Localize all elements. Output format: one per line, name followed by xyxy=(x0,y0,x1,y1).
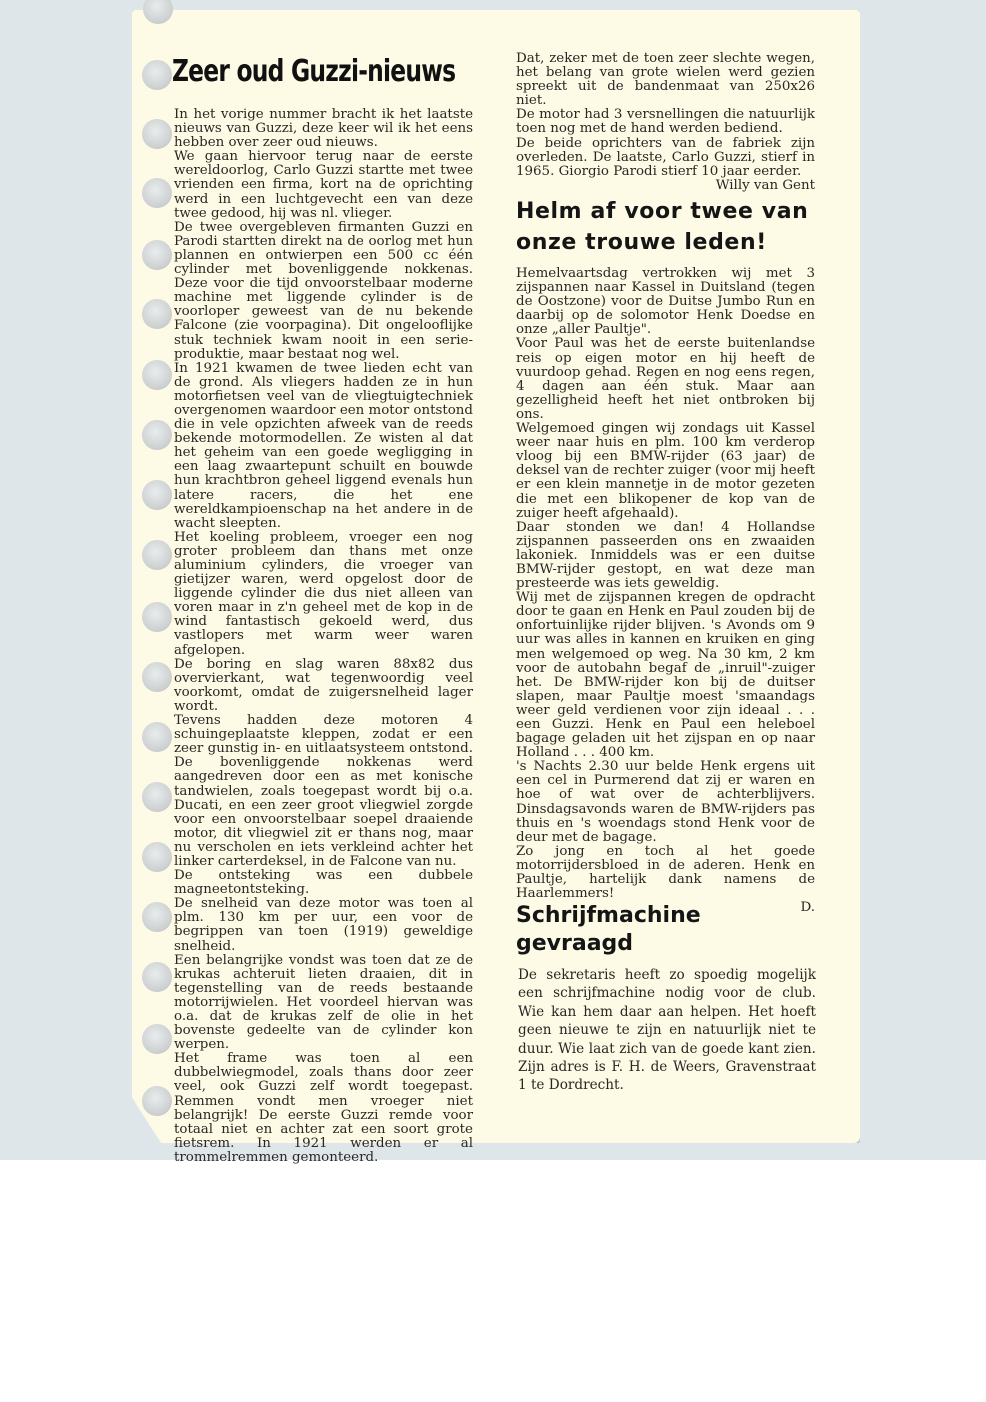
paragraph: De ontsteking was een dubbele magneetont… xyxy=(174,869,473,897)
paragraph: De beide oprichters van de fabriek zijn … xyxy=(516,137,815,179)
punch-hole-icon xyxy=(142,782,172,812)
punch-hole-icon xyxy=(142,119,172,149)
punch-hole-icon xyxy=(142,299,172,329)
punch-hole-icon xyxy=(142,842,172,872)
paragraph: In 1921 kwamen de twee lieden echt van d… xyxy=(174,362,473,531)
punch-hole-icon xyxy=(142,962,172,992)
punch-hole-icon xyxy=(142,420,172,450)
paragraph: Wij met de zijspannen kregen de opdracht… xyxy=(516,591,815,760)
article-title-helm: Helm af voor twee van onze trouwe leden! xyxy=(516,196,826,258)
paragraph: Tevens hadden deze motoren 4 schuingepla… xyxy=(174,714,473,869)
paragraph: We gaan hiervoor terug naar de eerste we… xyxy=(174,150,473,220)
paragraph: Zo jong en toch al het goede motorrijder… xyxy=(516,845,815,901)
article-body-schrijfmachine: De sekretaris heeft zo spoedig mogelijk … xyxy=(518,966,816,1095)
paragraph: Het frame was toen al een dubbelwiegmode… xyxy=(174,1052,473,1165)
punch-hole-icon xyxy=(142,60,172,90)
article-body-guzzi-continued: Dat, zeker met de toen zeer slechte wege… xyxy=(516,52,815,193)
paragraph: Welgemoed gingen wij zondags uit Kassel … xyxy=(516,422,815,521)
punch-hole-icon xyxy=(142,1086,172,1116)
paragraph: Een belangrijke vondst was toen dat ze d… xyxy=(174,954,473,1053)
punch-hole-icon xyxy=(142,1024,172,1054)
paragraph: 's Nachts 2.30 uur belde Henk ergens uit… xyxy=(516,760,815,845)
paragraph: Voor Paul was het de eerste buitenlandse… xyxy=(516,337,815,422)
paragraph: Het koeling probleem, vroeger een nog gr… xyxy=(174,531,473,658)
article-title-guzzi: Zeer oud Guzzi-nieuws xyxy=(172,54,455,89)
paragraph: De beide oprichters van de fabriek zijn … xyxy=(516,136,815,179)
paragraph: De snelheid van deze motor was toen al p… xyxy=(174,897,473,953)
author-name: Willy van Gent xyxy=(716,179,815,193)
paragraph: Dat, zeker met de toen zeer slechte wege… xyxy=(516,52,815,108)
paragraph: De sekretaris heeft zo spoedig mogelijk … xyxy=(518,966,816,1095)
paragraph: Hemelvaartsdag vertrokken wij met 3 zijs… xyxy=(516,267,815,337)
punch-hole-icon xyxy=(142,360,172,390)
paragraph: In het vorige nummer bracht ik het laats… xyxy=(174,108,473,150)
punch-hole-icon xyxy=(142,902,172,932)
punch-hole-icon xyxy=(142,178,172,208)
punch-hole-icon xyxy=(142,240,172,270)
paragraph: De motor had 3 versnellingen die natuurl… xyxy=(516,108,815,136)
punch-hole-icon xyxy=(142,662,172,692)
author-byline: Willy van Gent xyxy=(516,179,815,193)
punch-hole-icon xyxy=(142,540,172,570)
article-body-guzzi: In het vorige nummer bracht ik het laats… xyxy=(174,108,473,1165)
article-title-schrijfmachine: Schrijfmachine gevraagd xyxy=(516,902,816,958)
paragraph: Daar stonden we dan! 4 Hollandse zijspan… xyxy=(516,521,815,591)
punch-hole-icon xyxy=(142,602,172,632)
punch-hole-icon xyxy=(142,722,172,752)
paragraph: De boring en slag waren 88x82 dus overvi… xyxy=(174,658,473,714)
article-body-helm: Hemelvaartsdag vertrokken wij met 3 zijs… xyxy=(516,267,815,915)
paragraph: De twee overgebleven firmanten Guzzi en … xyxy=(174,221,473,362)
punch-hole-icon xyxy=(142,480,172,510)
